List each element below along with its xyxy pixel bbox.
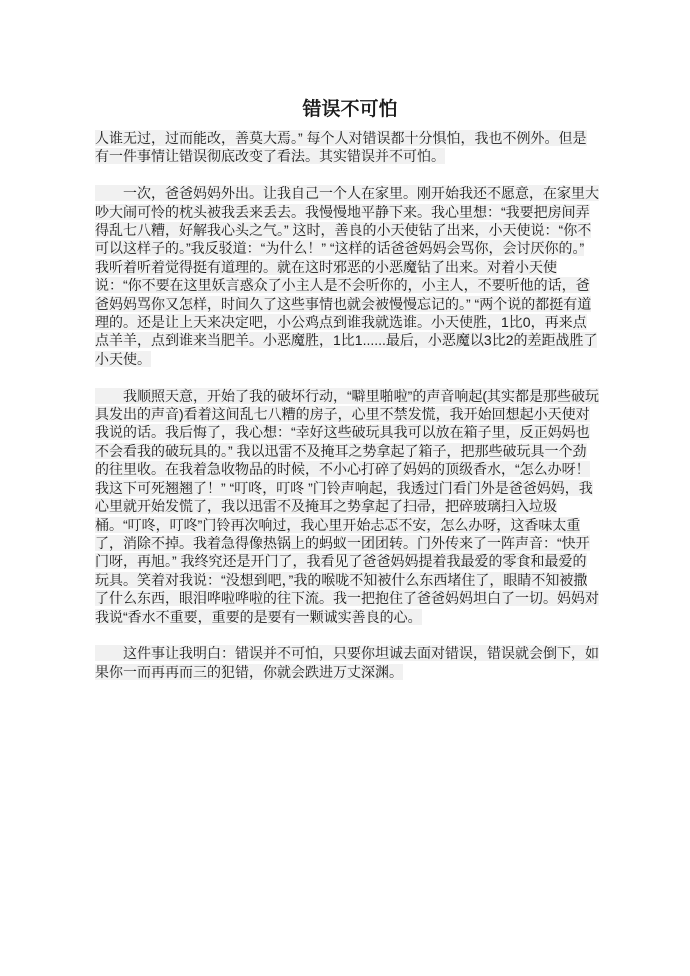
- essay-paragraph-3: 我顺照天意，开始了我的破坏行动，“噼里啪啦”的声音响起(其实都是那些破玩具发出的…: [95, 387, 600, 626]
- paragraph-text: 我顺照天意，开始了我的破坏行动，“噼里啪啦”的声音响起(其实都是那些破玩具发出的…: [95, 388, 599, 625]
- paragraph-text: 一次，爸爸妈妈外出。让我自己一个人在家里。刚开始我还不愿意，在家里大吵大闹可怜的…: [95, 185, 599, 367]
- paragraph-text: 这件事让我明白：错误并不可怕，只要你坦诚去面对错误，错误就会倒下，如果你一而再再…: [95, 645, 599, 679]
- essay-title: 错误不可怕: [95, 97, 605, 123]
- essay-page: 错误不可怕 人谁无过，过而能改，善莫大焉。” 每个人对错误都十分惧怕，我也不例外…: [0, 0, 690, 976]
- paragraph-text: 人谁无过，过而能改，善莫大焉。” 每个人对错误都十分惧怕，我也不例外。但是有一件…: [95, 130, 587, 164]
- essay-paragraph-4: 这件事让我明白：错误并不可怕，只要你坦诚去面对错误，错误就会倒下，如果你一而再再…: [95, 644, 600, 681]
- essay-body: 人谁无过，过而能改，善莫大焉。” 每个人对错误都十分惧怕，我也不例外。但是有一件…: [95, 129, 600, 681]
- essay-paragraph-1: 人谁无过，过而能改，善莫大焉。” 每个人对错误都十分惧怕，我也不例外。但是有一件…: [95, 129, 600, 166]
- essay-paragraph-2: 一次，爸爸妈妈外出。让我自己一个人在家里。刚开始我还不愿意，在家里大吵大闹可怜的…: [95, 184, 600, 368]
